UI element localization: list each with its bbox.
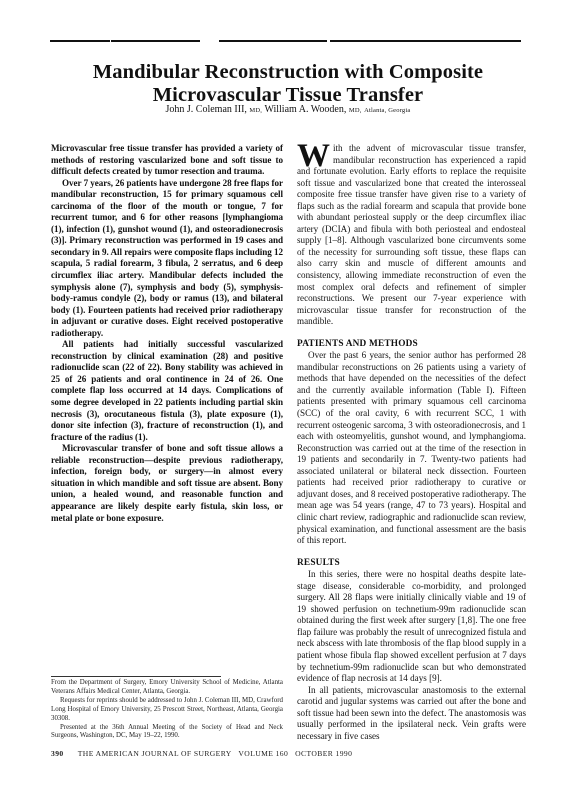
results-paragraph: In all patients, microvascular anastomos…: [297, 685, 526, 743]
intro-paragraph: With the advent of microvascular tissue …: [297, 143, 526, 328]
article-title: Mandibular Reconstruction with Composite…: [0, 61, 576, 107]
drop-cap: W: [297, 144, 330, 168]
body-column: With the advent of microvascular tissue …: [297, 143, 526, 742]
author-location: Atlanta, Georgia: [364, 107, 410, 114]
abstract-column: Microvascular free tissue transfer has p…: [51, 143, 283, 524]
section-heading-methods: PATIENTS AND METHODS: [297, 339, 526, 351]
footnote-reprints: Requests for reprints should be addresse…: [51, 697, 283, 724]
footnote-presented: Presented at the 36th Annual Meeting of …: [51, 724, 283, 742]
author-1: John J. Coleman III,: [166, 104, 247, 115]
methods-paragraph: Over the past 6 years, the senior author…: [297, 350, 526, 546]
footnotes: From the Department of Surgery, Emory Un…: [51, 679, 283, 741]
section-heading-results: RESULTS: [297, 558, 526, 570]
running-footer: 390 THE AMERICAN JOURNAL OF SURGERY VOLU…: [51, 749, 352, 758]
intro-text: ith the advent of microvascular tissue t…: [297, 143, 526, 326]
abstract-paragraph: Microvascular transfer of bone and soft …: [51, 443, 283, 524]
header-rule: [111, 40, 200, 42]
issue-date: OCTOBER 1990: [295, 749, 352, 758]
journal-name: THE AMERICAN JOURNAL OF SURGERY: [78, 749, 232, 758]
author-line: John J. Coleman III, MD, William A. Wood…: [0, 104, 576, 117]
abstract-paragraph: Over 7 years, 26 patients have undergone…: [51, 178, 283, 340]
footnote-divider: [51, 676, 221, 677]
header-rule: [50, 40, 110, 42]
header-rule: [219, 40, 327, 42]
abstract-paragraph: Microvascular free tissue transfer has p…: [51, 143, 283, 178]
abstract-paragraph: All patients had initially successful va…: [51, 339, 283, 443]
author-2-degree: MD,: [349, 107, 362, 114]
results-paragraph: In this series, there were no hospital d…: [297, 569, 526, 684]
volume: VOLUME 160: [238, 749, 288, 758]
author-1-degree: MD,: [249, 107, 262, 114]
title-line-1: Mandibular Reconstruction with Composite: [0, 61, 576, 84]
author-2: William A. Wooden,: [264, 104, 346, 115]
header-rule: [330, 40, 521, 42]
page-number: 390: [51, 749, 64, 758]
footnote-affiliation: From the Department of Surgery, Emory Un…: [51, 679, 283, 697]
